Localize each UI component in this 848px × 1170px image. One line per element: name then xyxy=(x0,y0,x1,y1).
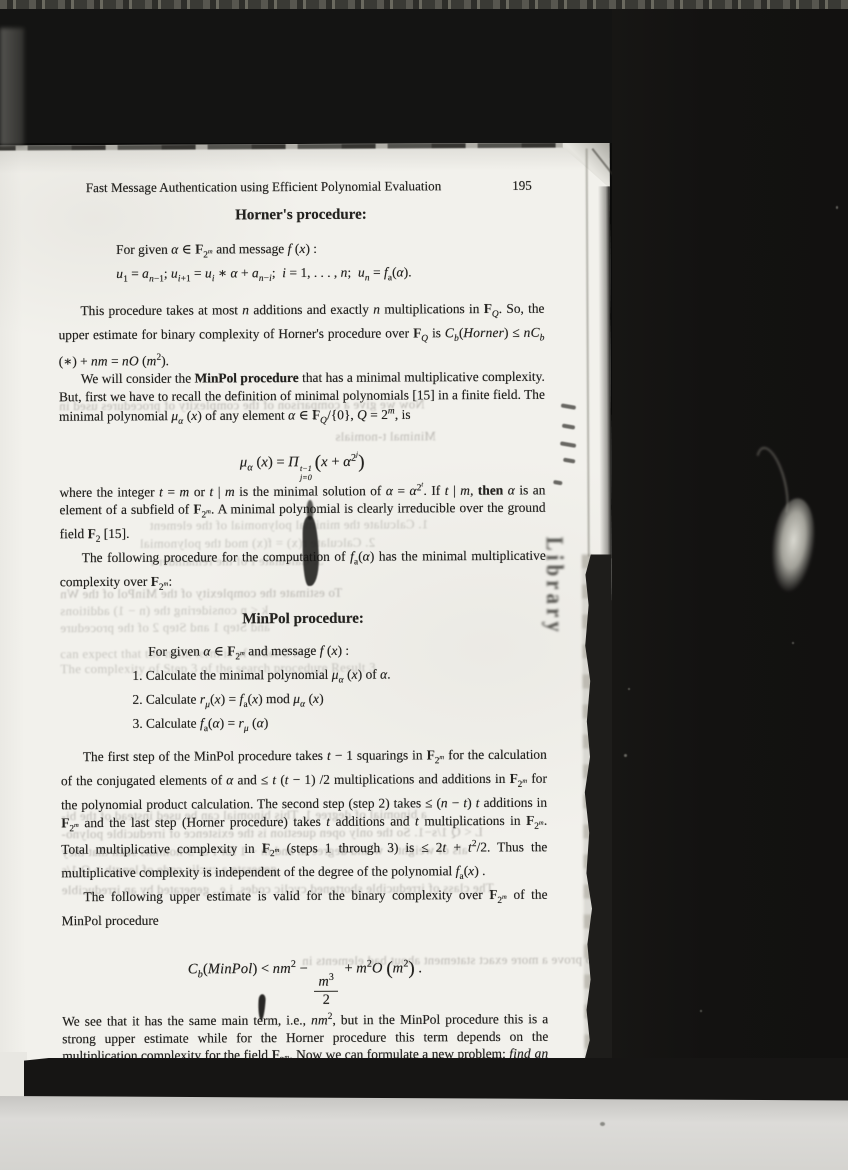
minpol-given-line: For given α ∈ IF2m and message f (x) : xyxy=(60,641,546,668)
formula-minpol-complexity: Cb(MinPol) < nm2 − m32 + m2O (m2) . xyxy=(62,943,548,986)
horner-recurrence-line: u1 = an−1; ui+1 = ui ∗ α + an−i; i = 1, … xyxy=(58,263,544,290)
formula-minimal-polynomial: μα (x) = Πt−1j=0(x + α2j) xyxy=(59,438,545,471)
horner-given-line: For given α ∈ IF2m and message f (x) : xyxy=(58,239,544,266)
running-title: Fast Message Authentication using Effici… xyxy=(86,177,442,196)
page-torn-top-edge xyxy=(0,142,610,150)
top-film-strip xyxy=(0,0,848,9)
black-surround-bottom xyxy=(24,1058,848,1102)
page-crease-line xyxy=(586,148,590,556)
dust-speck xyxy=(836,206,838,209)
paragraph-minpol-intro: We will consider the MinPol procedure th… xyxy=(59,368,545,432)
dust-speck xyxy=(628,688,630,690)
stamp-mark xyxy=(561,403,576,409)
minpol-step: 3. Calculate fa(α) = rμ (α) xyxy=(61,713,547,740)
dust-speck xyxy=(600,1122,605,1126)
page-right-edge-shadow xyxy=(598,186,612,558)
dust-speck xyxy=(624,754,627,757)
page-number: 195 xyxy=(512,177,532,194)
dust-speck xyxy=(700,1010,702,1012)
dust-speck xyxy=(792,642,794,644)
minpol-step: 2. Calculate rμ(x) = fa(x) mod μα (x) xyxy=(60,689,546,716)
minpol-step: 1. Calculate the minimal polynomial μα (… xyxy=(60,665,546,692)
paragraph-horner-complexity: This procedure takes at most n additions… xyxy=(58,300,544,370)
paragraph-upper-estimate: The following upper estimate is valid fo… xyxy=(61,886,547,930)
page-content: Fast Message Authentication using Effici… xyxy=(58,177,549,1115)
scanned-page-photo: Now we give a comparison of the complexi… xyxy=(0,0,848,1170)
top-left-light-sliver xyxy=(0,28,24,146)
stamp-mark xyxy=(563,458,575,463)
page-header: Fast Message Authentication using Effici… xyxy=(58,177,544,197)
stamp-mark xyxy=(562,424,575,430)
stamp-mark xyxy=(553,480,562,485)
library-stamp: Library xyxy=(540,537,569,636)
section-heading-minpol: MinPol procedure: xyxy=(60,609,546,631)
book-page: Now we give a comparison of the complexi… xyxy=(0,142,614,1063)
bottom-scanner-strip xyxy=(0,1096,848,1170)
paragraph-step-costs: The first step of the MinPol procedure t… xyxy=(61,746,548,888)
section-heading-horner: Horner's procedure: xyxy=(58,205,544,227)
stamp-mark xyxy=(560,441,576,447)
page-bottom-left-sliver xyxy=(0,1052,27,1102)
